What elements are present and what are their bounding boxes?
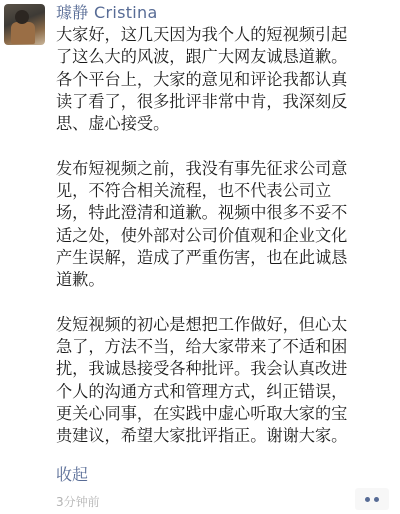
- avatar[interactable]: [4, 4, 45, 45]
- post-paragraph: 大家好，这几天因为我个人的短视频引起 了这么大的风波，跟广大网友诚恳道歉。 各个…: [56, 24, 394, 135]
- post-paragraph: 发布短视频之前，我没有事先征求公司意 见，不符合相关流程，也不代表公司立 场，特…: [56, 158, 394, 292]
- avatar-figure-body: [11, 22, 35, 44]
- author-name[interactable]: 璩静 Cristina: [56, 2, 158, 24]
- more-dots-icon: [374, 497, 379, 502]
- collapse-link[interactable]: 收起: [56, 462, 88, 485]
- more-dots-icon: [365, 497, 370, 502]
- post-timestamp: 3分钟前: [56, 493, 100, 510]
- post-paragraph: 发短视频的初心是想把工作做好，但心太 急了，方法不当，给大家带来了不适和困 扰，…: [56, 314, 394, 448]
- avatar-figure-head: [15, 10, 29, 24]
- more-button[interactable]: [355, 488, 389, 510]
- post-content: 大家好，这几天因为我个人的短视频引起 了这么大的风波，跟广大网友诚恳道歉。 各个…: [56, 24, 394, 448]
